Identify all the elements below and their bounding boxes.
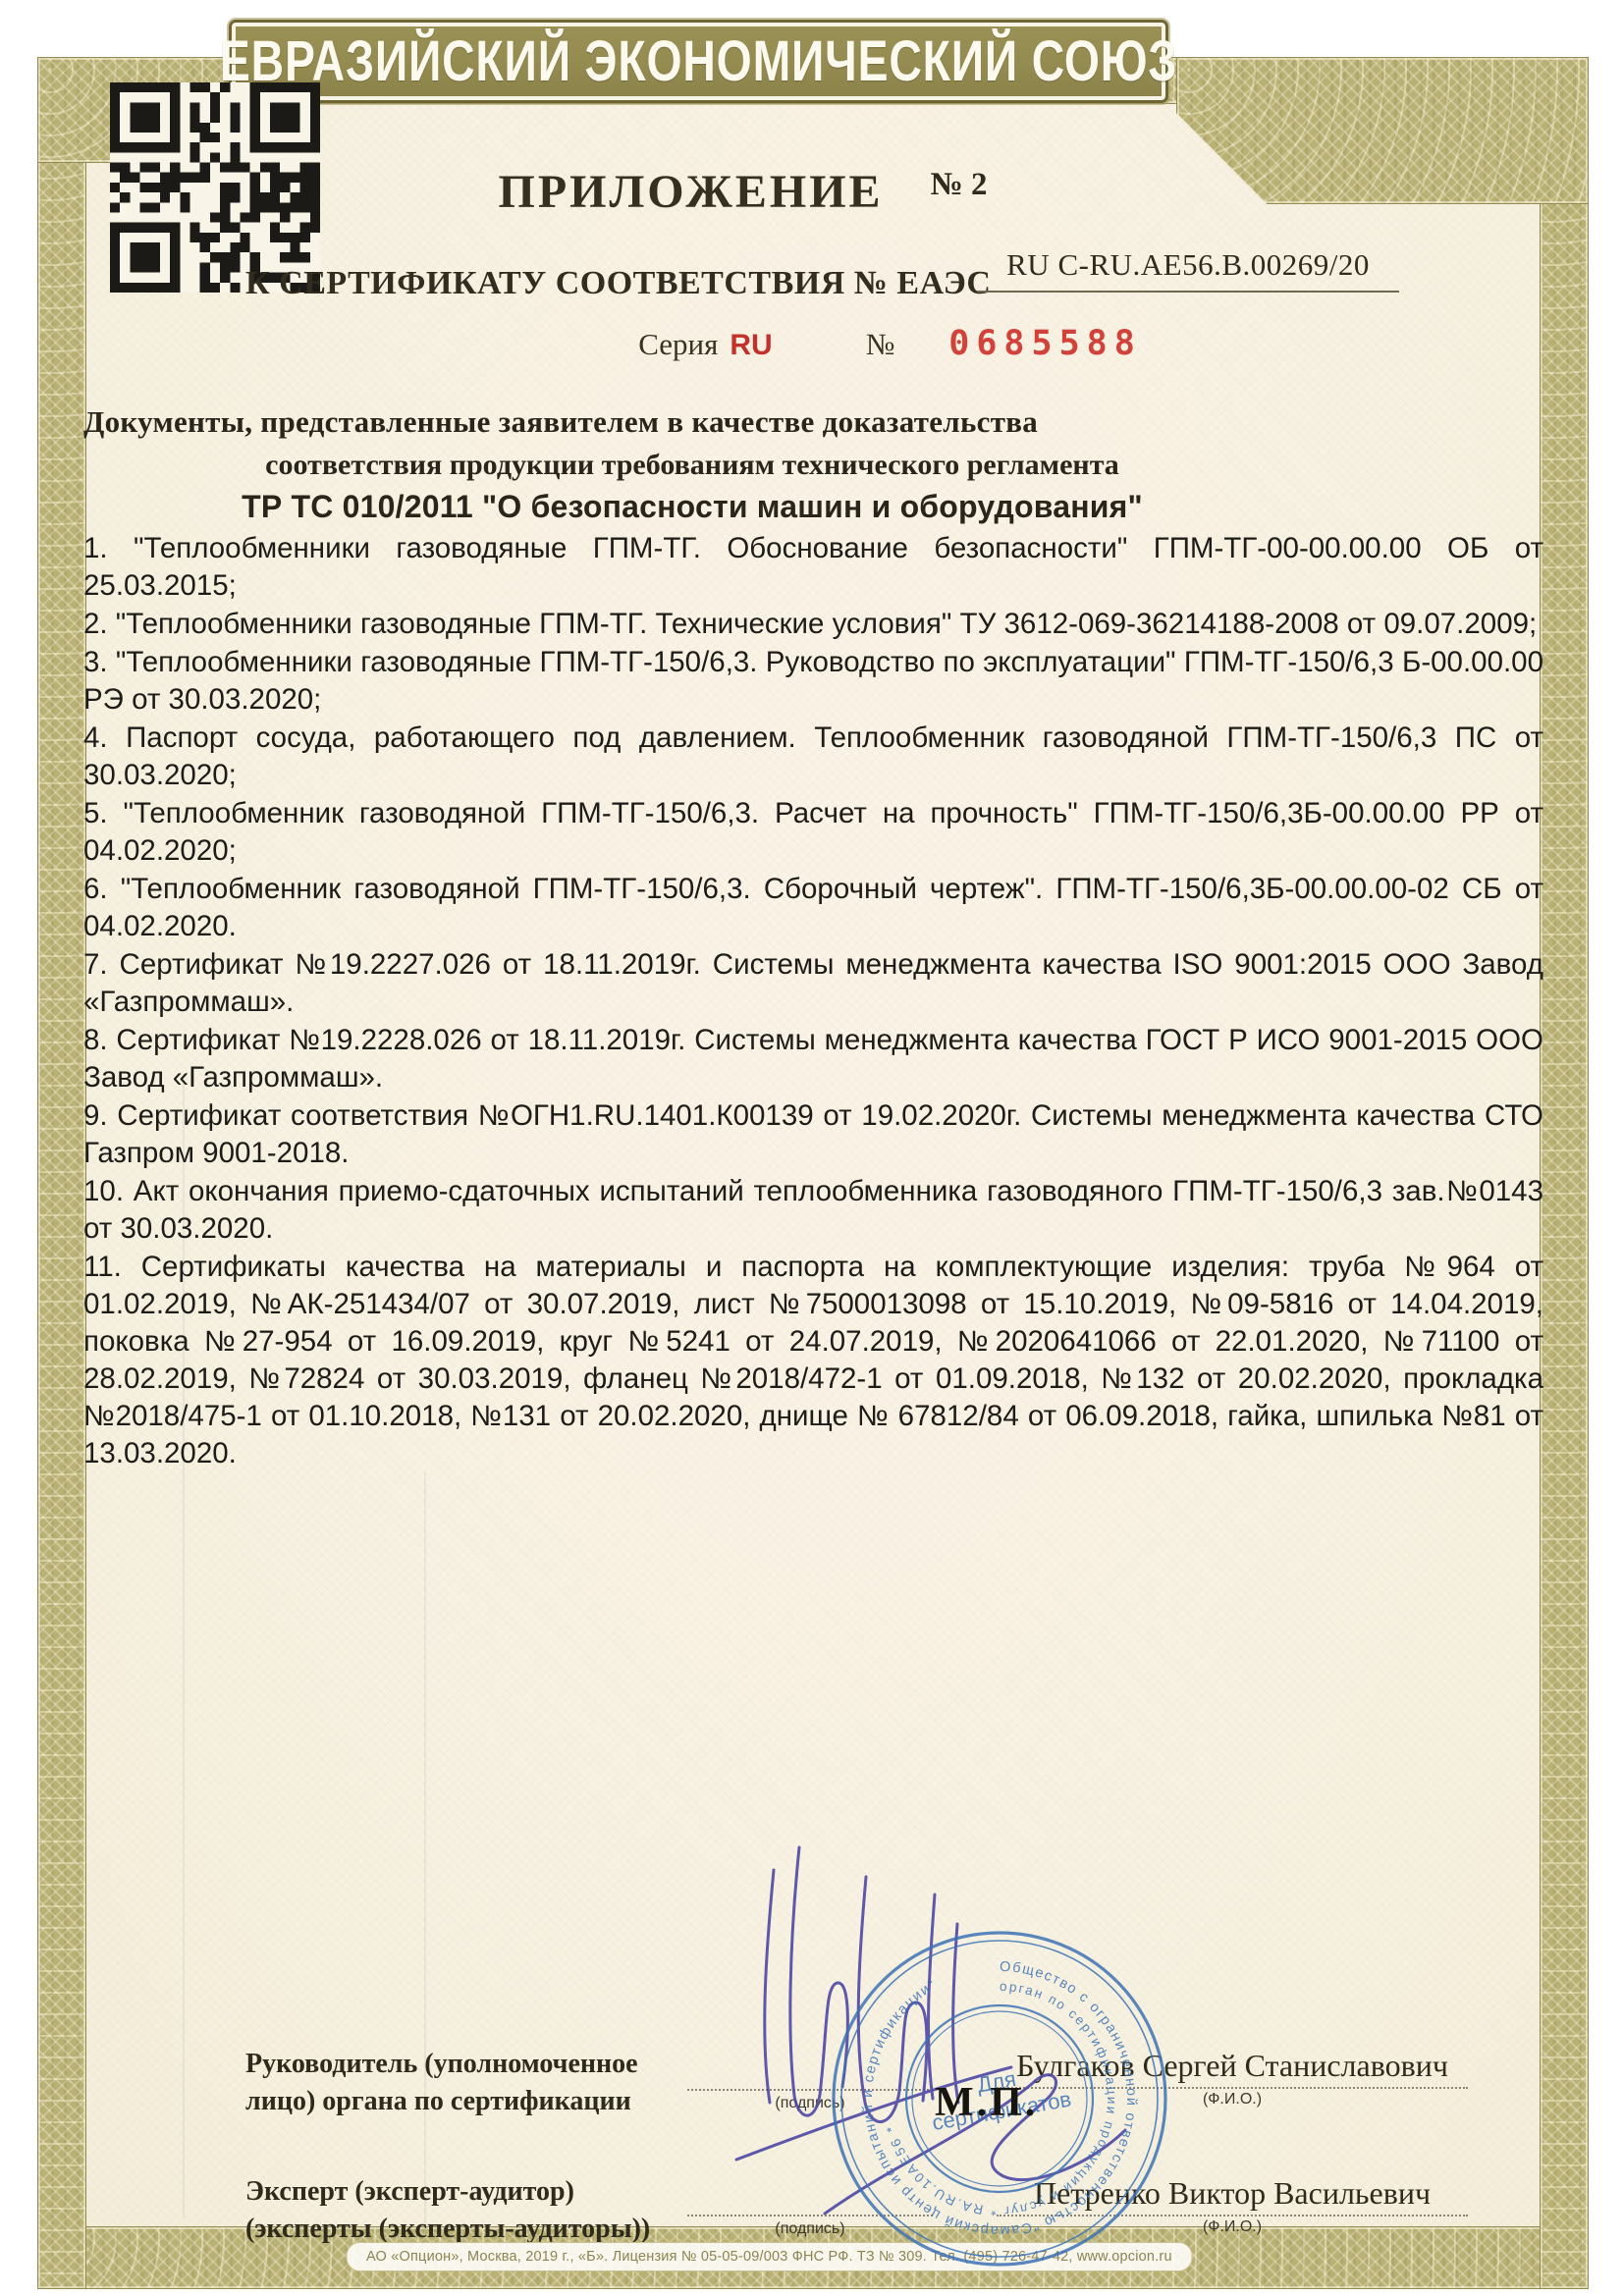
certificate-number-field: RU C-RU.AE56.B.00269/20 [977, 247, 1399, 293]
document-item: 11. Сертификаты качества на материалы и … [83, 1249, 1543, 1472]
series-value: RU [730, 329, 772, 362]
border-left [37, 57, 86, 2289]
mp-seal-mark: М.П. [935, 2079, 1038, 2126]
certificate-line-label: К СЕРТИФИКАТУ СООТВЕТСТВИЯ № ЕАЭС [245, 265, 991, 302]
appendix-title: ПРИЛОЖЕНИЕ [499, 165, 884, 219]
document-item: 10. Акт окончания приемо-сдаточных испыт… [83, 1173, 1543, 1248]
document-item: 1. "Теплообменники газоводяные ГПМ-ТГ. О… [83, 530, 1543, 605]
appendix-number: № 2 [931, 167, 988, 203]
documents-list: 1. "Теплообменники газоводяные ГПМ-ТГ. О… [83, 530, 1543, 1473]
series-label: Серия [638, 327, 718, 362]
role-line: Эксперт (эксперт-аудитор) [245, 2173, 697, 2211]
intro-heading: Документы, представленные заявителем в к… [83, 404, 1301, 525]
eaeu-banner: ЕВРАЗИЙСКИЙ ЭКОНОМИЧЕСКИЙ СОЮЗ [229, 20, 1168, 103]
document-item: 5. "Теплообменник газоводяной ГПМ-ТГ-150… [83, 795, 1543, 870]
document-item: 9. Сертификат соответствия №ОГН1.RU.1401… [83, 1097, 1543, 1172]
document-item: 2. "Теплообменники газоводяные ГПМ-ТГ. Т… [83, 606, 1543, 643]
series-line: Серия RU № 0685588 [79, 324, 1623, 363]
document-item: 4. Паспорт сосуда, работающего под давле… [83, 720, 1543, 794]
role-head-of-body: Руководитель (уполномоченное лицо) орган… [245, 2046, 697, 2120]
appendix-title-row: ПРИЛОЖЕНИЕ № 2 [0, 165, 1554, 219]
eaeu-banner-title: ЕВРАЗИЙСКИЙ ЭКОНОМИЧЕСКИЙ СОЮЗ [220, 28, 1177, 94]
role-expert-auditor: Эксперт (эксперт-аудитор) (эксперты (экс… [245, 2173, 697, 2248]
document-item: 6. "Теплообменник газоводяной ГПМ-ТГ-150… [83, 871, 1543, 945]
certificate-appendix-page: ЕВРАЗИЙСКИЙ ЭКОНОМИЧЕСКИЙ СОЮЗ ПРИЛОЖЕНИ… [0, 0, 1623, 2296]
intro-line-2: соответствия продукции требованиям техни… [83, 449, 1301, 482]
role-line: лицо) органа по сертификации [245, 2083, 697, 2120]
document-item: 3. "Теплообменники газоводяные ГПМ-ТГ-15… [83, 644, 1543, 719]
intro-line-3: ТР ТС 010/2011 "О безопасности машин и о… [83, 489, 1301, 525]
document-item: 7. Сертификат №19.2227.026 от 18.11.2019… [83, 946, 1543, 1021]
border-right [1540, 57, 1589, 2289]
certificate-number: RU C-RU.AE56.B.00269/20 [1006, 247, 1370, 282]
role-line: Руководитель (уполномоченное [245, 2046, 697, 2083]
number-sign: № [866, 327, 895, 362]
serial-number: 0685588 [948, 324, 1142, 363]
document-item: 8. Сертификат №19.2228.026 от 18.11.2019… [83, 1022, 1543, 1096]
intro-line-1: Документы, представленные заявителем в к… [83, 404, 1301, 440]
